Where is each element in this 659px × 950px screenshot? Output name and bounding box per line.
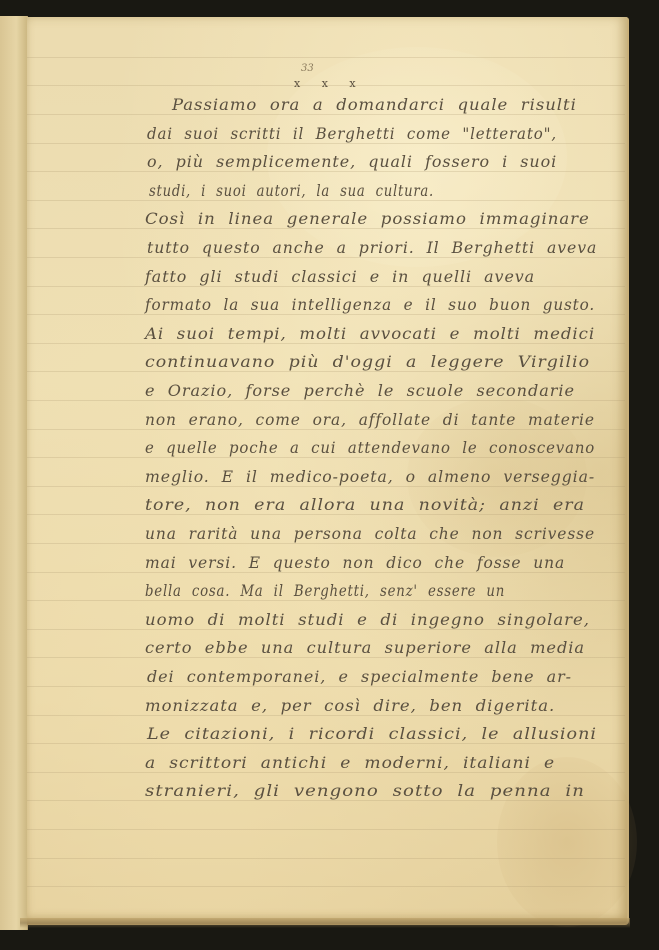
text-line: continuavano più d'oggi a leggere Virgil…	[145, 353, 590, 371]
text-line: Passiamo ora a domandarci quale risulti	[172, 96, 577, 114]
text-line: monizzata e, per così dire, ben digerita…	[145, 697, 555, 715]
text-line: una rarità una persona colta che non scr…	[145, 525, 595, 543]
text-line: bella cosa. Ma il Berghetti, senz' esser…	[145, 582, 505, 600]
previous-page-edge	[0, 16, 28, 930]
text-line: mai versi. E questo non dico che fosse u…	[145, 554, 565, 572]
text-line: non erano, come ora, affollate di tante …	[145, 411, 595, 429]
handwritten-text: Passiamo ora a domandarci quale risultid…	[27, 17, 627, 923]
scan-background: 33 x x x Passiamo ora a domandarci quale…	[0, 0, 659, 950]
text-line: tutto questo anche a priori. Il Berghett…	[147, 239, 597, 257]
text-line: e Orazio, forse perchè le scuole seconda…	[145, 382, 575, 400]
text-line: e quelle poche a cui attendevano le cono…	[145, 439, 595, 457]
text-line: meglio. E il medico-poeta, o almeno vers…	[145, 468, 595, 486]
text-line: fatto gli studi classici e in quelli ave…	[145, 268, 535, 286]
text-line: studi, i suoi autori, la sua cultura.	[149, 182, 434, 200]
text-line: dai suoi scritti il Berghetti come "lett…	[147, 125, 557, 143]
text-line: Le citazioni, i ricordi classici, le all…	[147, 725, 597, 743]
text-line: certo ebbe una cultura superiore alla me…	[145, 639, 585, 657]
text-line: dei contemporanei, e specialmente bene a…	[147, 668, 572, 686]
frayed-bottom-edge	[20, 918, 630, 928]
text-line: a scrittori antichi e moderni, italiani …	[145, 754, 555, 772]
text-line: stranieri, gli vengono sotto la penna in	[145, 782, 585, 800]
text-line: formato la sua intelligenza e il suo buo…	[145, 296, 595, 314]
manuscript-page: 33 x x x Passiamo ora a domandarci quale…	[27, 17, 629, 925]
text-line: Così in linea generale possiamo immagina…	[145, 210, 590, 228]
text-line: tore, non era allora una novità; anzi er…	[145, 496, 585, 514]
text-line: o, più semplicemente, quali fossero i su…	[147, 153, 557, 171]
text-line: Ai suoi tempi, molti avvocati e molti me…	[145, 325, 595, 343]
text-line: uomo di molti studi e di ingegno singola…	[145, 611, 590, 629]
